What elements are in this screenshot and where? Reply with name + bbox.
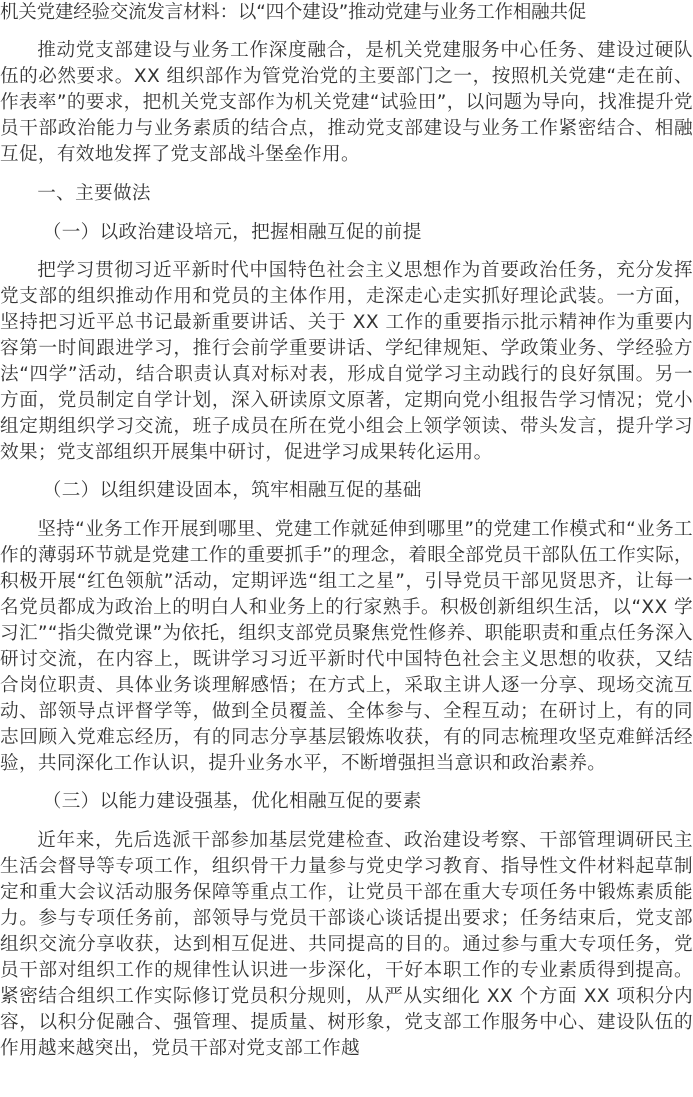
subsection-body-political-building: 把学习贯彻习近平新时代中国特色社会主义思想作为首要政治任务，充分发挥党支部的组织… <box>0 258 693 467</box>
subsection-heading-organizational-building: （二）以组织建设固本，筑牢相融互促的基础 <box>0 478 693 504</box>
subsection-heading-capability-building: （三）以能力建设强基，优化相融互促的要素 <box>0 789 693 815</box>
intro-paragraph: 推动党支部建设与业务工作深度融合，是机关党建服务中心任务、建设过硬队伍的必然要求… <box>0 38 693 168</box>
subsection-heading-political-building: （一）以政治建设培元，把握相融互促的前提 <box>0 220 693 246</box>
document-title: 机关党建经验交流发言材料：以“四个建设”推动党建与业务工作相融共促 <box>0 0 693 26</box>
subsection-body-capability-building: 近年来，先后选派干部参加基层党建检查、政治建设考察、干部管理调研民主生活会督导等… <box>0 828 693 1063</box>
document-page: 机关党建经验交流发言材料：以“四个建设”推动党建与业务工作相融共促 推动党支部建… <box>0 0 693 1062</box>
subsection-body-organizational-building: 坚持“业务工作开展到哪里、党建工作就延伸到哪里”的党建工作模式和“业务工作的薄弱… <box>0 517 693 778</box>
section-heading-main-practices: 一、主要做法 <box>0 181 693 207</box>
